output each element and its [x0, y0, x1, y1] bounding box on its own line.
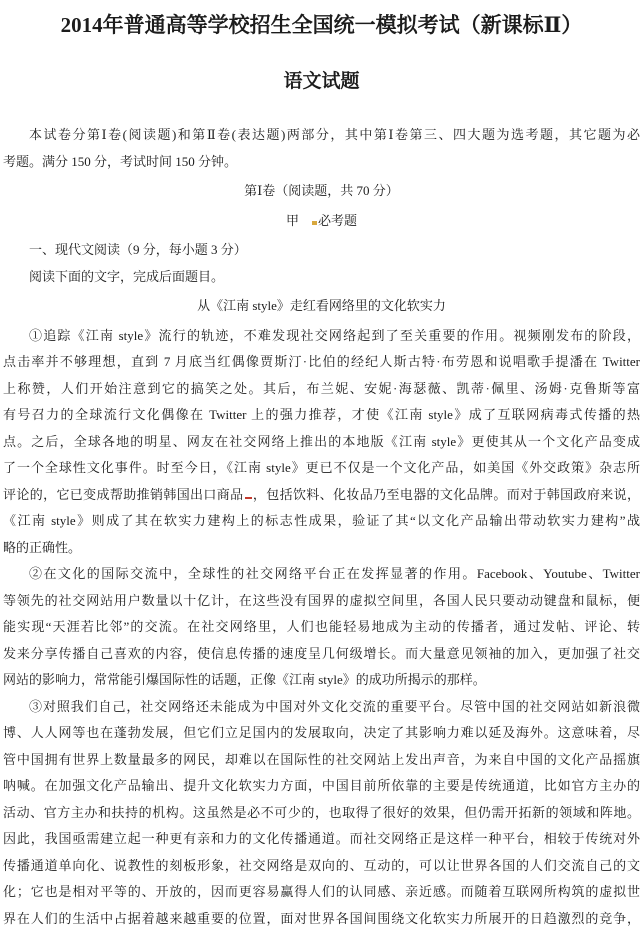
document-line: 考题。满分 150 分，考试时间 150 分钟。	[3, 149, 640, 176]
text-segment: 甲	[286, 213, 312, 228]
document-line: 点击率并不够理想，直到 7 月底当红偶像贾斯汀·比伯的经纪人斯古特·布劳恩和说唱…	[3, 349, 640, 376]
document-line: ③对照我们自己，社交网络还未能成为中国对外文化交流的重要平台。尽管中国的社交网站…	[3, 694, 640, 721]
document-line: 略的正确性。	[3, 535, 640, 562]
page-content: 2014年普通高等学校招生全国统一模拟考试（新课标Ⅱ） 语文试题 本试卷分第Ⅰ卷…	[0, 10, 643, 932]
document-subtitle: 语文试题	[3, 68, 640, 96]
red-annotation-mark	[245, 497, 252, 499]
document-line: 发来分享传播自己喜欢的内容，使信息传播的速度呈几何级增长。而大量意见领袖的加入，…	[3, 641, 640, 668]
document-line: 了一个全球性文化事件。时至今日，《江南 style》更已不仅是一个文化产品，如美…	[3, 455, 640, 482]
yellow-annotation-mark	[312, 221, 317, 225]
document-line: 因此，我国亟需建立起一种更有亲和力的文化传播通道。而社交网络正是这样一种平台，相…	[3, 826, 640, 853]
document-body: 本试卷分第Ⅰ卷(阅读题)和第Ⅱ卷(表达题)两部分，其中第Ⅰ卷第三、四大题为选考题…	[3, 122, 640, 932]
document-line: 界在人们的生活中占据着越来越重要的位置，面对世界各国间围绕文化软实力所展开的日趋…	[3, 906, 640, 933]
document-line: 本试卷分第Ⅰ卷(阅读题)和第Ⅱ卷(表达题)两部分，其中第Ⅰ卷第三、四大题为选考题…	[3, 122, 640, 149]
exam-paper-page: 2014年普通高等学校招生全国统一模拟考试（新课标Ⅱ） 语文试题 本试卷分第Ⅰ卷…	[0, 0, 643, 938]
document-line: 传播通道单向化、说教性的刻板形象，社交网络是双向的、互动的，可以让世界各国的人们…	[3, 853, 640, 880]
text-segment: 必考题	[318, 213, 357, 228]
document-line: 网站的影响力，常常能引爆国际性的话题，正像《江南 style》的成功所揭示的那样…	[3, 667, 640, 694]
document-line: 点。之后，全球各地的明星、网友在社交网络上推出的本地版《江南 style》更使其…	[3, 429, 640, 456]
document-line: 阅读下面的文字，完成后面题目。	[3, 264, 640, 291]
document-line: 有号召力的全球流行文化偶像在 Twitter 上的强力推荐，才使《江南 styl…	[3, 402, 640, 429]
document-line: 上称赞，人们开始注意到它的搞笑之处。其后，布兰妮、安妮·海瑟薇、凯蒂·佩里、汤姆…	[3, 376, 640, 403]
document-line: 化；它也是相对平等的、开放的，因而更容易赢得人们的认同感、亲近感。而随着互联网所…	[3, 879, 640, 906]
document-line: 管中国拥有世界上数量最多的网民，却难以在国际性的社交网站上发出声音，为来自中国的…	[3, 747, 640, 774]
document-line: 第Ⅰ卷（阅读题，共 70 分）	[3, 178, 640, 205]
document-title: 2014年普通高等学校招生全国统一模拟考试（新课标Ⅱ）	[3, 10, 640, 40]
document-line: 甲 必考题	[3, 208, 640, 235]
document-line: 博、人人网等也在蓬勃发展，但它们立足国内的发展取向，决定了其影响力难以延及海外。…	[3, 720, 640, 747]
text-segment: 评论的，它已变成帮助推销韩国出口商品	[3, 487, 244, 502]
document-line: 评论的，它已变成帮助推销韩国出口商品，包括饮料、化妆品乃至电器的文化品牌。而对于…	[3, 482, 640, 509]
text-segment: ，包括饮料、化妆品乃至电器的文化品牌。而对于韩国政府来说，	[253, 487, 640, 502]
document-line: 呐喊。在加强文化产品输出、提升文化软实力方面，中国目前所依靠的主要是传统通道，比…	[3, 773, 640, 800]
document-line: ②在文化的国际交流中，全球性的社交网络平台正在发挥显著的作用。Facebook、…	[3, 561, 640, 588]
document-line: ①追踪《江南 style》流行的轨迹，不难发现社交网络起到了至关重要的作用。视频…	[3, 323, 640, 350]
document-line: 一、现代文阅读（9 分，每小题 3 分）	[3, 237, 640, 264]
document-line: 从《江南 style》走红看网络里的文化软实力	[3, 293, 640, 320]
document-line: 能实现“天涯若比邻”的交流。在社交网络里，人们也能轻易地成为主动的传播者，通过发…	[3, 614, 640, 641]
document-line: 等领先的社交网站用户数量以十亿计，在这些没有国界的虚拟空间里，各国人民只要动动键…	[3, 588, 640, 615]
document-line: 《江南 style》则成了其在软实力建构上的标志性成果，验证了其“以文化产品输出…	[3, 508, 640, 535]
document-line: 活动、官方主办和扶持的机构。这虽然是必不可少的，也取得了很好的效果，但仍需开拓新…	[3, 800, 640, 827]
